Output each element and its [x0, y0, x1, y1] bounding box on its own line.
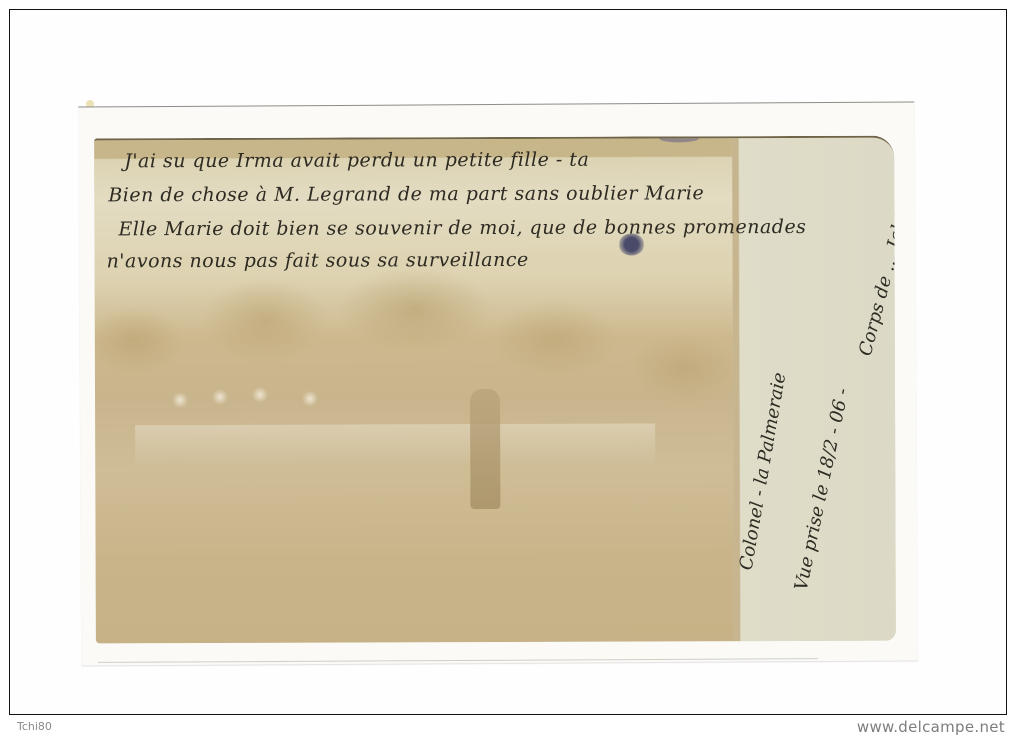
ink-blot: [618, 233, 644, 255]
handwriting-line-2: Bien de chose à M. Legrand de ma part sa…: [108, 182, 704, 206]
seller-watermark: Tchi80: [17, 720, 52, 733]
figures-group: [170, 385, 330, 416]
site-watermark: www.delcampe.net: [857, 718, 1005, 736]
handwriting-line-3: Elle Marie doit bien se souvenir de moi,…: [118, 216, 806, 240]
sepia-photo: [94, 138, 734, 643]
water-reflection: [135, 423, 655, 465]
handwriting-line-1: J'ai su que Irma avait perdu un petite f…: [124, 149, 589, 173]
handwriting-line-4: n'avons nous pas fait sous sa surveillan…: [107, 249, 529, 272]
postcard: J'ai su que Irma avait perdu un petite f…: [94, 136, 896, 644]
standing-figure: [470, 389, 500, 509]
